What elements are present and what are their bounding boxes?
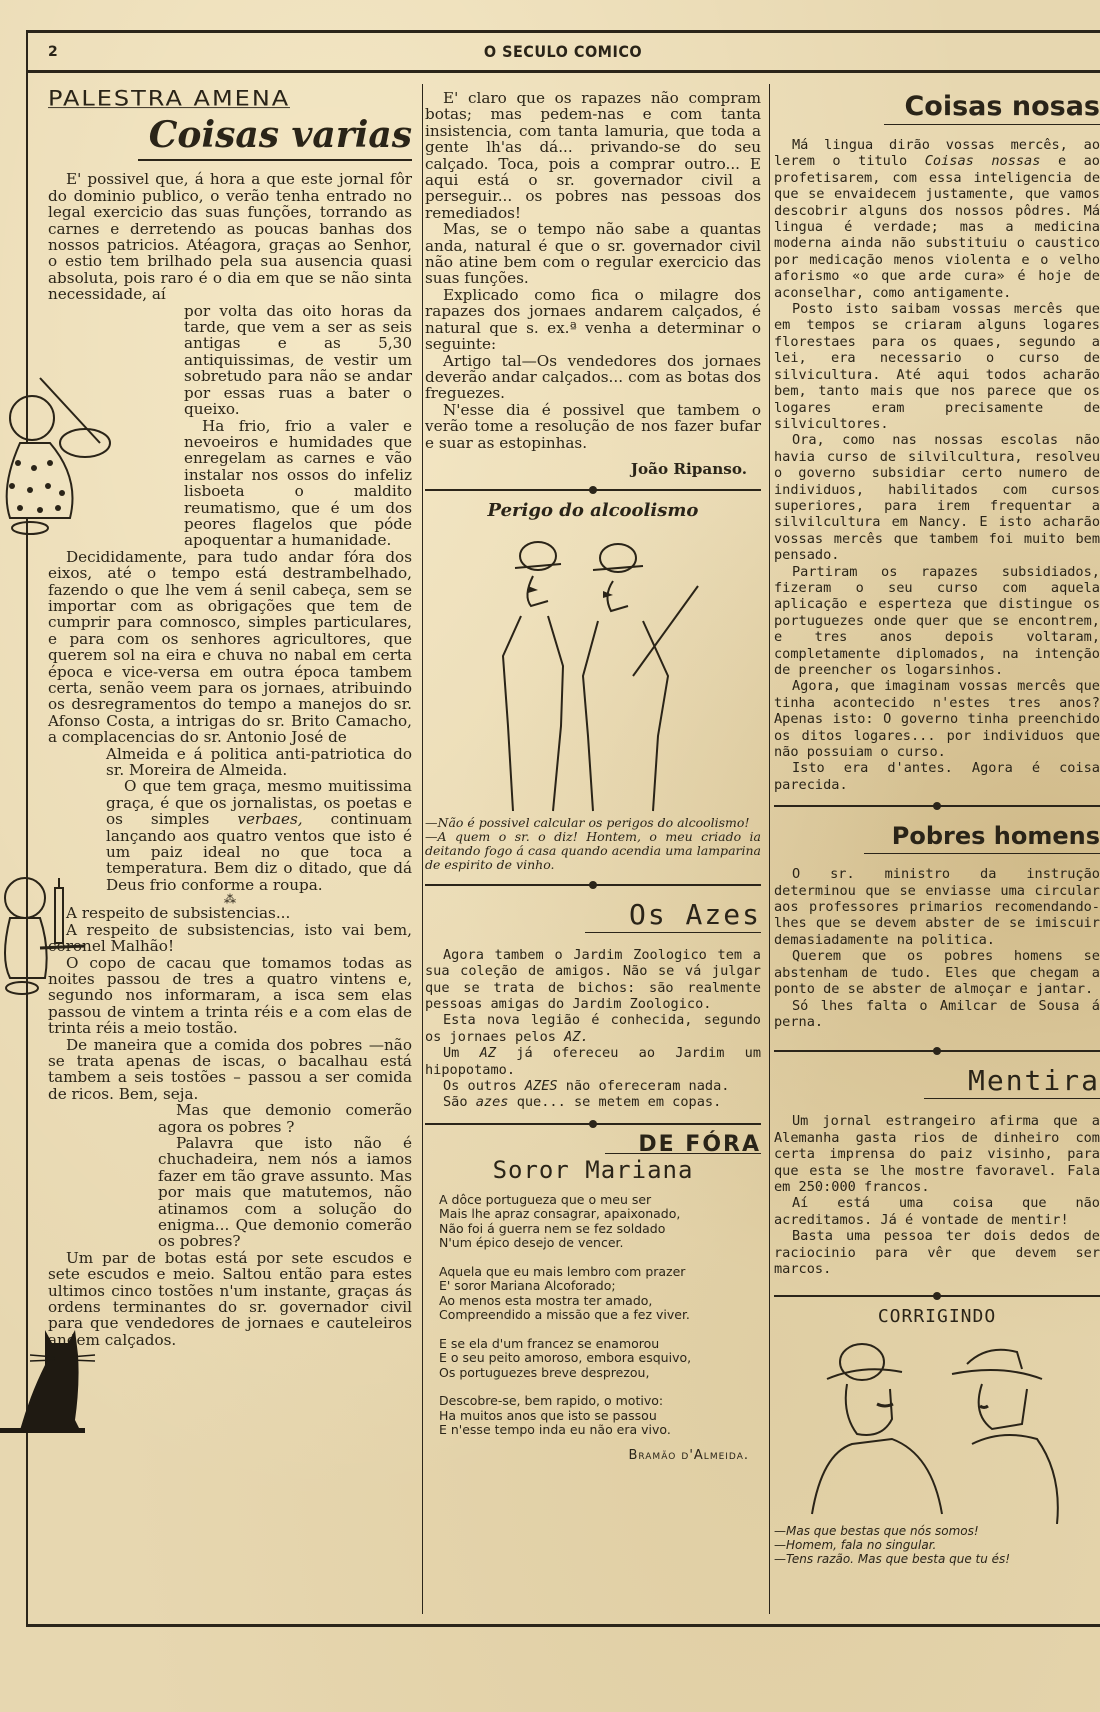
poem-stanza: E se ela d'um francez se enamorou E o se… — [439, 1337, 761, 1381]
poem-line: Os portuguezes breve desprezou, — [439, 1366, 761, 1381]
cartoon-caption-line: —A quem o sr. o diz! Hontem, o meu criad… — [425, 830, 761, 872]
column-1: PALESTRA AMENA Coisas varias E' possivel… — [48, 90, 412, 1348]
italic-word: AZ — [480, 1045, 496, 1061]
poem-line: A dôce portugueza que o meu ser — [439, 1193, 761, 1208]
paragraph: Ora, como nas nossas escolas não havia c… — [774, 432, 1100, 563]
paragraph: Artigo tal—Os vendedores dos jornaes dev… — [425, 353, 761, 402]
cartoon-caption-line: —Mas que bestas que nós somos! — [774, 1524, 1100, 1538]
paragraph: O que tem graça, mesmo muitissima graça,… — [106, 778, 412, 893]
paragraph: Mas, se o tempo não sabe a quantas anda,… — [425, 221, 761, 287]
cartoon-perigo-do-alcoolismo: Perigo do alcoolismo — [425, 503, 761, 871]
poem-line: E se ela d'um francez se enamorou — [439, 1337, 761, 1352]
italic-word: AZES — [525, 1078, 558, 1094]
ornamental-divider — [774, 1291, 1100, 1301]
paragraph: Partiram os rapazes subsidiados, fizeram… — [774, 564, 1100, 679]
ornamental-divider — [425, 1119, 761, 1129]
paragraph: por volta das oito horas da tarde, que v… — [184, 303, 412, 418]
poem-line: Aquela que eu mais lembro com prazer — [439, 1265, 761, 1280]
text-span: não ofereceram nada. — [566, 1078, 730, 1094]
signature-joao-ripanso: João Ripanso. — [425, 461, 761, 477]
top-rule — [26, 30, 1100, 33]
section-title-de-fora: DE FÓRA — [605, 1137, 761, 1154]
poem-line: Ha muitos anos que isto se passou — [439, 1409, 761, 1424]
ornamental-divider — [774, 801, 1100, 811]
paragraph: Esta nova legião é conhecida, segundo os… — [425, 1012, 761, 1045]
black-cat-illustration — [0, 1325, 110, 1445]
paragraph: Má lingua dirão vossas mercês, ao lerem … — [774, 137, 1100, 301]
article-title-coisas-nosas: Coisas nosas — [884, 90, 1100, 125]
paragraph: Almeida e á politica anti-patriotica do … — [106, 746, 412, 779]
cartoon-title: CORRIGINDO — [774, 1309, 1100, 1325]
paragraph: E' claro que os rapazes não compram bota… — [425, 90, 761, 221]
poem-stanza: Aquela que eu mais lembro com prazer E' … — [439, 1265, 761, 1323]
paragraph: Isto era d'antes. Agora é coisa parecida… — [774, 760, 1100, 793]
paragraph: Explicado como fica o milagre dos rapaze… — [425, 287, 761, 353]
paragraph: Agora tambem o Jardim Zoologico tem a su… — [425, 947, 761, 1013]
poem-line: E o seu peito amoroso, embora esquivo, — [439, 1351, 761, 1366]
paragraph: Ha frio, frio a valer e nevoeiros e humi… — [184, 418, 412, 549]
article-title-os-azes: Os Azes — [585, 898, 761, 933]
header-rule — [26, 70, 1100, 73]
column-3: Coisas nosas Má lingua dirão vossas merc… — [774, 90, 1100, 1566]
paragraph: De maneira que a comida dos pobres —não … — [48, 1037, 412, 1103]
ornamental-divider — [425, 880, 761, 890]
poem-line: Compreendido a missão que a fez viver. — [439, 1308, 761, 1323]
paragraph: Decididamente, para tudo andar fóra dos … — [48, 549, 412, 746]
text-span: Os outros — [443, 1078, 517, 1094]
paragraph: Aí está uma coisa que não acreditamos. J… — [774, 1195, 1100, 1228]
paragraph: Mas que demonio comerão agora os pobres … — [158, 1102, 412, 1135]
cartoon-title: Perigo do alcoolismo — [425, 503, 761, 519]
cartoon-caption-line: —Não é possivel calcular os perigos do a… — [425, 816, 761, 830]
paragraph: O sr. ministro da instrução determinou q… — [774, 866, 1100, 948]
poem-stanza: A dôce portugueza que o meu ser Mais lhe… — [439, 1193, 761, 1251]
section-kicker: PALESTRA AMENA — [48, 91, 290, 108]
cartoon-caption-line: —Tens razão. Mas que besta que tu és! — [774, 1552, 1100, 1566]
poem-line: N'um épico desejo de vencer. — [439, 1236, 761, 1251]
italic-word: Coisas nossas — [925, 153, 1041, 169]
poem-stanza: Descobre-se, bem rapido, o motivo: Ha mu… — [439, 1394, 761, 1438]
ornamental-divider — [774, 1046, 1100, 1056]
column-divider-2 — [769, 84, 770, 1614]
paragraph: N'esse dia é possivel que tambem o verão… — [425, 402, 761, 451]
ornamental-divider — [425, 485, 761, 495]
article-title-coisas-varias: Coisas varias — [138, 113, 412, 161]
italic-word: verbaes, — [237, 810, 302, 828]
text-span: e ao profetisarem, com essa inteligencia… — [774, 153, 1100, 300]
girl-with-pan-illustration — [0, 368, 140, 538]
masthead: O SECULO COMICO — [26, 42, 1100, 61]
signature-bramao-dalmeida: Bramão d'Almeida. — [425, 1448, 761, 1464]
italic-word: AZ. — [564, 1029, 589, 1045]
cartoon-caption-line: —Homem, fala no singular. — [774, 1538, 1100, 1552]
paragraph: Posto isto saibam vossas mercês que em t… — [774, 301, 1100, 432]
newspaper-page: 2 O SECULO COMICO PALESTRA AMENA Coisas … — [26, 0, 1100, 1712]
paragraph: Palavra que isto não é chuchadeira, nem … — [158, 1135, 412, 1250]
paragraph: Agora, que imaginam vossas mercês que ti… — [774, 678, 1100, 760]
article-title-pobres-homens: Pobres homens — [864, 819, 1100, 854]
two-men-cartoon-illustration — [453, 526, 733, 816]
paragraph: E' possivel que, á hora a que este jorna… — [48, 171, 412, 302]
poem-line: Ao menos esta mostra ter amado, — [439, 1294, 761, 1309]
bottom-rule — [26, 1624, 1100, 1627]
paragraph: Basta uma pessoa ter dois dedos de racio… — [774, 1228, 1100, 1277]
paragraph: Um AZ já ofereceu ao Jardim um hipopotam… — [425, 1045, 761, 1078]
poem-soror-mariana: A dôce portugueza que o meu ser Mais lhe… — [425, 1193, 761, 1438]
column-2: E' claro que os rapazes não compram bota… — [425, 90, 761, 1464]
girl-with-candle-illustration — [0, 868, 120, 998]
text-span: São — [443, 1094, 468, 1110]
poem-title-soror-mariana: Soror Mariana — [425, 1162, 761, 1178]
poem-line: Descobre-se, bem rapido, o motivo: — [439, 1394, 761, 1409]
paragraph: São azes que... se metem em copas. — [425, 1094, 761, 1110]
paragraph: Um jornal estrangeiro afirma que a Alema… — [774, 1113, 1100, 1195]
italic-word: azes — [476, 1094, 509, 1110]
poem-line: E' soror Mariana Alcoforado; — [439, 1279, 761, 1294]
text-span: Um — [443, 1045, 459, 1061]
text-span: que... se metem em copas. — [517, 1094, 722, 1110]
paragraph: Só lhes falta o Amilcar de Sousa á perna… — [774, 998, 1100, 1031]
cartoon-corrigindo: CORRIGINDO —Ma — [774, 1309, 1100, 1565]
paragraph: Querem que os pobres homens se abstenham… — [774, 948, 1100, 997]
two-men-profile-cartoon-illustration — [792, 1334, 1082, 1524]
poem-line: E n'esse tempo inda eu não era vivo. — [439, 1423, 761, 1438]
column-divider-1 — [422, 84, 423, 1614]
text-span: já ofereceu ao Jardim um hipopotamo. — [425, 1045, 761, 1077]
paragraph: Os outros AZES não ofereceram nada. — [425, 1078, 761, 1094]
text-span: Esta nova legião é conhecida, segundo os… — [425, 1012, 761, 1044]
poem-line: Mais lhe apraz consagrar, apaixonado, — [439, 1207, 761, 1222]
poem-line: Não foi á guerra nem se fez soldado — [439, 1222, 761, 1237]
article-title-mentira: Mentira — [924, 1064, 1100, 1099]
